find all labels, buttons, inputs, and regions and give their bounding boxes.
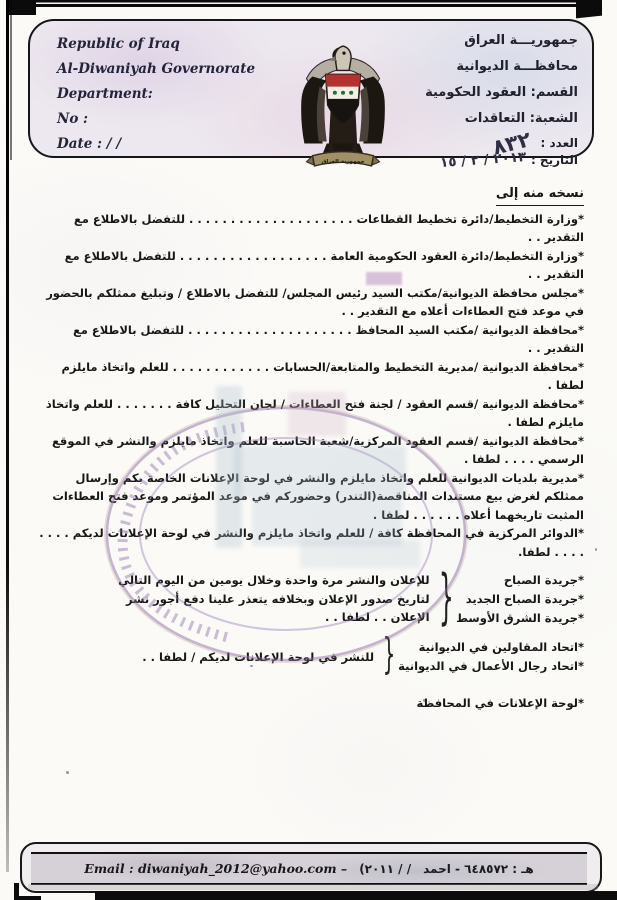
document-number-row: العدد : ٨٣٢: [425, 132, 578, 152]
footer-email: Email : diwaniyah_2012@yahoo.com –: [84, 861, 347, 876]
scan-corner-bottom-left: [14, 883, 41, 900]
group-brace: {: [381, 639, 397, 674]
number-label-ar: العدد :: [541, 136, 578, 150]
footer-phone: هـ : ٦٤٨٥٧٢ - احمد: [423, 862, 534, 876]
distribution-heading: نسخه منه إلى: [496, 185, 584, 206]
unions-note: للنشر في لوحة الإعلانات لديكم / لطفا . .: [142, 648, 374, 667]
date-label-ar: التاريخ :: [531, 153, 578, 167]
country-name-ar: جمهوريـــة العراق: [425, 28, 578, 54]
scanned-document-page: Republic of Iraq Al-Diwaniyah Governorat…: [0, 0, 617, 900]
distribution-item: *محافظة الديوانية /مديرية التخطيط والمتا…: [36, 358, 584, 395]
union-item: *اتحاد المقاولين في الديوانية: [398, 638, 584, 657]
distribution-item: *محافظة الديوانية /مكتب السيد المحافظ . …: [36, 321, 584, 358]
newspaper-item: *جريدة الصباح: [456, 571, 584, 590]
unions-names: *اتحاد المقاولين في الديوانية *اتحاد رجا…: [398, 638, 584, 676]
scan-speck: [66, 771, 69, 774]
union-item: *اتحاد رجال الأعمال في الديوانية: [398, 657, 584, 676]
distribution-list: نسخه منه إلى *وزارة التخطيط/دائرة تخطيط …: [36, 184, 584, 713]
distribution-item: *محافظة الديوانية /قسم العقود المركزية/ش…: [36, 432, 584, 469]
division-line-ar: الشعبة: التعاقدات: [425, 106, 578, 132]
iraq-coat-of-arms-emblem: جمهورية العراق: [292, 44, 394, 172]
newspapers-note: للإعلان والنشر مرة واحدة وخلال يومين من …: [92, 571, 430, 627]
scan-edge-top: [30, 0, 588, 7]
governorate-name-en: Al-Diwaniyah Governorate: [57, 57, 255, 82]
department-label-en: Department:: [57, 82, 255, 107]
scan-edge-left: [6, 0, 9, 872]
date-label-en: Date : / /: [57, 132, 255, 157]
newspaper-item: *جريدة الشرق الأوسط: [456, 609, 584, 628]
distribution-item: *وزارة التخطيط/دائرة العقود الحكومية الع…: [36, 247, 584, 284]
group-brace: {: [437, 578, 455, 621]
distribution-item: *وزارة التخطيط/دائرة تخطيط القطاعات . . …: [36, 210, 584, 247]
announcement-board-item: *لوحة الإعلانات في المحافظة: [36, 694, 584, 713]
distribution-item: *مجلس محافظة الديوانية/مكتب السيد رئيس ا…: [36, 284, 584, 321]
scan-edge-bottom: [95, 891, 617, 900]
scan-speck: [250, 665, 253, 667]
newspapers-group: *جريدة الصباح *جريدة الصباح الجديد *جريد…: [36, 571, 584, 628]
emblem-scroll-text: جمهورية العراق: [321, 159, 364, 165]
letterhead-box: Republic of Iraq Al-Diwaniyah Governorat…: [28, 19, 594, 158]
unions-group: *اتحاد المقاولين في الديوانية *اتحاد رجا…: [36, 638, 584, 676]
document-date-row: التاريخ : ٢٠١٣ / ٢ / ١٥: [425, 152, 578, 169]
scan-corner-top-right: [576, 0, 602, 18]
distribution-item: *مديرية بلديات الديوانية للعلم واتخاذ ما…: [36, 469, 584, 525]
scan-speck: [595, 548, 597, 551]
scan-shadow-bottom: [28, 884, 598, 890]
department-line-ar: القسم: العقود الحكومية: [425, 80, 578, 106]
distribution-item: *الدوائر المركزية في المحافظة كافة / للع…: [36, 524, 584, 561]
letterhead-english: Republic of Iraq Al-Diwaniyah Governorat…: [57, 32, 255, 157]
distribution-item: *محافظة الديوانية /قسم العقود / لجنة فتح…: [36, 395, 584, 432]
newspaper-item: *جريدة الصباح الجديد: [456, 590, 584, 609]
scan-edge-left-thick: [10, 0, 12, 160]
number-label-en: No :: [57, 107, 255, 132]
footer-bar: Email : diwaniyah_2012@yahoo.com – (٢٠١١…: [31, 852, 587, 885]
scan-speck: [423, 699, 426, 702]
footer-date-placeholder: (٢٠١١ / /: [359, 862, 411, 876]
newspapers-names: *جريدة الصباح *جريدة الصباح الجديد *جريد…: [456, 571, 584, 628]
document-date-handwritten: ٢٠١٣ / ٢ / ١٥: [440, 149, 527, 172]
country-name-en: Republic of Iraq: [57, 32, 255, 57]
governorate-name-ar: محافظـــة الديوانية: [425, 54, 578, 80]
letterhead-arabic: جمهوريـــة العراق محافظـــة الديوانية ال…: [425, 28, 578, 169]
